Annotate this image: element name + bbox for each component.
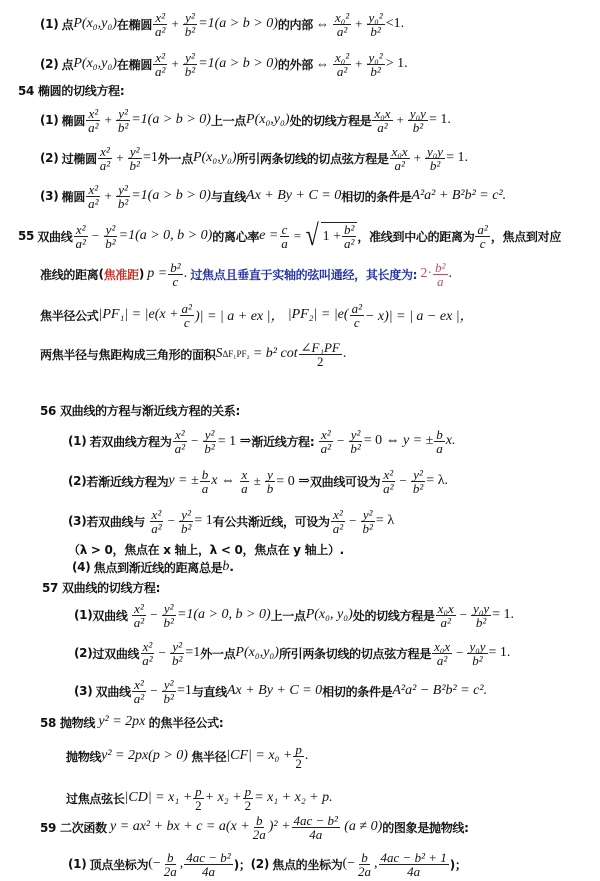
fraction: x₀²a² <box>333 51 351 78</box>
math-expression: )| = | a + ex |， <box>195 305 285 325</box>
math-expression: = 1 <box>194 513 212 529</box>
math-expression: x² <box>153 51 167 65</box>
math-expression: a² <box>173 442 187 455</box>
math-expression: = 1. <box>489 645 511 661</box>
section-54-title: 54 椭圆的切线方程: <box>18 80 124 100</box>
math-expression: y² <box>162 602 176 616</box>
math-expression: + x₂ + <box>205 790 242 806</box>
text-label: 所引两条切线的切点弦方程是 <box>279 645 431 662</box>
math-expression: . <box>184 266 188 282</box>
fraction: y₀²b² <box>367 51 385 78</box>
section-58-title: 58 抛物线 y² = 2px 的焦半径公式: <box>40 708 223 736</box>
math-expression: S <box>216 346 223 362</box>
text-label: 双曲线 <box>37 228 72 245</box>
math-expression: =1(a > 0, b > 0) <box>177 607 271 623</box>
fraction: x²a² <box>149 508 163 535</box>
math-expression: P(x₀,y₀) <box>73 16 117 32</box>
math-expression: b <box>165 851 176 865</box>
math-expression: x² <box>319 428 333 442</box>
math-expression: − <box>456 645 463 661</box>
fraction: y²b² <box>411 468 425 495</box>
math-expression: 2a <box>356 865 373 878</box>
math-expression: y₀y <box>467 640 487 654</box>
fraction: x²a² <box>381 468 395 495</box>
text-label: 椭圆 <box>62 188 85 205</box>
text-label: (2) <box>40 57 58 71</box>
fraction: x²a² <box>173 428 187 455</box>
math-expression: y² <box>349 428 363 442</box>
quadratic-function-line: 59 二次函数 y = ax² + bx + c = a(x + b2a )² … <box>40 806 469 848</box>
math-expression: b² <box>348 442 362 455</box>
math-expression: a² <box>350 302 364 316</box>
math-expression: b² <box>342 223 356 237</box>
math-expression: 2a <box>162 865 179 878</box>
math-expression: c <box>171 275 181 288</box>
math-expression: a² <box>335 65 349 78</box>
math-expression: (− <box>148 856 161 872</box>
text-label: )； <box>450 856 467 873</box>
math-expression: x₀x <box>436 602 456 616</box>
fraction: x₀xa² <box>390 145 410 172</box>
math-expression: b² <box>368 25 382 38</box>
text-label: 过焦点且垂直于实轴的弦叫通经，其长度为: <box>190 266 417 283</box>
math-expression: b² <box>183 25 197 38</box>
math-expression: a² <box>132 616 146 629</box>
math-expression: = <box>294 228 301 244</box>
fraction: x₀xa² <box>432 640 452 667</box>
hyperbola-eccentricity: 55 双曲线 x²a² − y²b² =1(a > 0, b > 0) 的离心率… <box>18 216 561 256</box>
math-expression: |PF₁| = |e(x + <box>99 307 179 323</box>
fraction: y²b² <box>348 428 362 455</box>
math-expression: − <box>150 683 157 699</box>
math-expression: 2 <box>315 355 326 368</box>
fraction: ∠F₁PF2 <box>299 341 342 368</box>
ellipse-tangent-item-1: (1) 椭圆 x²a² + y²b² =1(a > b > 0) 上一点 P(x… <box>40 102 451 138</box>
text-label: 椭圆 <box>62 112 85 129</box>
math-expression: =1(a > 0, b > 0) <box>119 228 213 244</box>
math-expression: x² <box>132 678 146 692</box>
math-expression: = 0 ⇔ <box>364 433 400 449</box>
fraction: yb <box>265 468 276 495</box>
math-expression: y² <box>203 428 217 442</box>
math-expression: b <box>265 482 276 495</box>
fraction: a²c <box>475 223 489 250</box>
math-expression: y² <box>179 508 193 522</box>
fraction: x²a² <box>132 678 146 705</box>
text-label: (3) <box>74 684 92 698</box>
math-expression: b² <box>183 65 197 78</box>
fraction: x₀xa² <box>372 107 392 134</box>
math-expression: y² <box>183 11 197 25</box>
text-label: 焦半径公式 <box>40 307 99 324</box>
math-expression: |PF₂| = |e( <box>288 307 349 323</box>
text-label: (2) <box>251 857 269 871</box>
math-expression: Ax + By + C = 0 <box>246 188 341 204</box>
text-label: 57 双曲线的切线方程: <box>42 579 160 596</box>
fraction: x²a² <box>86 183 100 210</box>
math-expression: =1(a > b > 0) <box>198 16 278 32</box>
math-expression: b² <box>411 482 425 495</box>
text-label: (2) <box>74 646 92 660</box>
text-label: 点 <box>62 56 74 73</box>
fraction: 4ac − b²4a <box>184 851 232 878</box>
math-expression: a <box>434 442 445 455</box>
math-expression: b² <box>116 197 130 210</box>
math-expression: x₀² <box>333 51 351 65</box>
math-expression: a² <box>439 616 453 629</box>
math-expression: + <box>171 16 178 32</box>
text-label: ，准线到中心的距离为 <box>357 228 474 245</box>
math-expression: =1(a > b > 0) <box>198 56 278 72</box>
fraction: b²a <box>433 261 447 288</box>
text-label: 与直线 <box>211 188 246 205</box>
text-label: 双曲线可设为 <box>310 473 380 490</box>
math-expression: = 0 ⇒ <box>276 473 310 490</box>
math-expression: c <box>280 223 290 237</box>
math-expression: a² <box>331 522 345 535</box>
asymptote-item-1: (1) 若双曲线方程为 x²a² − y²b² = 1 ⇒ 渐近线方程: x²a… <box>68 422 456 460</box>
math-expression: + <box>104 112 111 128</box>
math-expression: b² <box>433 261 447 275</box>
math-expression: x² <box>331 508 345 522</box>
text-label: 过焦点弦长 <box>66 790 125 807</box>
math-expression: 1 + <box>323 229 341 245</box>
text-label: 焦半径 <box>191 748 226 765</box>
math-expression: b² <box>128 159 142 172</box>
math-expression: b² <box>474 616 488 629</box>
math-expression: =1 <box>177 683 192 699</box>
math-expression: a² <box>98 159 112 172</box>
fraction: y²b² <box>128 145 142 172</box>
triangle-area-formula: 两焦半径与焦距构成三角形的面积 SΔF₁PF₂ = b² cot ∠F₁PF2 … <box>40 334 346 374</box>
text-label: 若双曲线与 <box>86 513 145 530</box>
math-expression: 2 <box>293 757 304 770</box>
math-expression: a² <box>140 654 154 667</box>
math-expression: p = <box>147 266 167 282</box>
text-label: 处的切线方程是 <box>290 112 372 129</box>
math-expression: y₀y <box>425 145 445 159</box>
math-expression: y² <box>116 107 130 121</box>
math-expression: y₀² <box>367 11 385 25</box>
fraction: x²a² <box>98 145 112 172</box>
fraction: y₀yb² <box>408 107 428 134</box>
math-expression: p <box>193 785 204 799</box>
math-expression: a² <box>153 65 167 78</box>
fraction: a²c <box>180 302 194 329</box>
math-expression: a² <box>392 159 406 172</box>
fraction: ba <box>200 468 211 495</box>
math-expression: (− <box>342 856 355 872</box>
math-expression: x² <box>153 11 167 25</box>
fraction: x²a² <box>140 640 154 667</box>
fraction: y²b² <box>162 678 176 705</box>
fraction: y₀²b² <box>367 11 385 38</box>
fraction: x²a² <box>73 223 87 250</box>
asymptote-item-2: (2) 若渐近线方程为 y = ± ba x ⇔ xa ± yb = 0 ⇒ 双… <box>68 462 448 500</box>
ellipse-tangent-item-3: (3) 椭圆 x²a² + y²b² =1(a > b > 0) 与直线 Ax … <box>40 178 506 214</box>
text-label: 顶点坐标为 <box>90 856 149 873</box>
text-label: (3) <box>40 189 58 203</box>
text-label: 过椭圆 <box>62 150 97 167</box>
math-expression: b <box>254 814 265 828</box>
ellipse-tangent-item-2: (2) 过椭圆 x²a² + y²b² =1 外一点 P(x₀,y₀) 所引两条… <box>40 140 468 176</box>
math-expression: =1 <box>185 645 200 661</box>
math-expression: + <box>414 150 421 166</box>
math-expression: a² <box>153 25 167 38</box>
math-expression: b² <box>368 65 382 78</box>
text-label: 双曲线 <box>92 607 127 624</box>
text-label: 59 二次函数 <box>40 819 107 836</box>
text-label: 双曲线 <box>96 683 131 700</box>
math-expression: 4a <box>200 865 217 878</box>
math-expression: . <box>449 266 453 282</box>
hyperbola-tangent-item-3: (3) 双曲线 x²a² − y²b² =1 与直线 Ax + By + C =… <box>74 672 487 710</box>
math-expression: x <box>240 468 250 482</box>
math-expression: b² <box>170 654 184 667</box>
fraction: y²b² <box>202 428 216 455</box>
math-expression: P(x₀,y₀) <box>246 112 290 128</box>
math-expression: 2· <box>420 266 432 282</box>
math-expression: b² <box>168 261 182 275</box>
text-label: 焦点的坐标为 <box>272 856 342 873</box>
math-expression: + <box>116 150 123 166</box>
fraction: x²a² <box>86 107 100 134</box>
math-expression: b² <box>162 692 176 705</box>
math-expression: + <box>355 56 362 72</box>
math-expression: p <box>243 785 254 799</box>
math-expression: ± <box>254 473 261 489</box>
math-expression: 4ac − b² + 1 <box>379 851 449 865</box>
fraction: x²a² <box>331 508 345 535</box>
math-expression: b² <box>116 121 130 134</box>
math-expression: P(x₀,y₀) <box>73 56 117 72</box>
fraction: y²b² <box>361 508 375 535</box>
math-expression: a <box>435 275 446 288</box>
math-expression: y = ax² + bx + c = a(x + <box>110 819 250 835</box>
text-label: 准线的距离 <box>40 266 99 283</box>
focal-parameter-line: 准线的距离 (焦准距) p = b²c . 过焦点且垂直于实轴的弦叫通经，其长度… <box>40 254 452 294</box>
fraction: ba <box>434 428 445 455</box>
math-expression: + <box>104 188 111 204</box>
math-expression: =1(a > b > 0) <box>131 112 211 128</box>
math-expression: y₀² <box>367 51 385 65</box>
math-expression: − x)| = | a − ex |， <box>365 305 474 325</box>
text-label: 点 <box>62 16 74 33</box>
focal-radius-formula: 焦半径公式 |PF₁| = |e(x + a²c )| = | a + ex |… <box>40 296 474 334</box>
fraction: x²a² <box>319 428 333 455</box>
math-expression: y² <box>361 508 375 522</box>
text-label: 焦点到渐近线的距离总是 <box>94 559 223 576</box>
math-expression: x₀² <box>333 11 351 25</box>
text-label: 的图象是抛物线: <box>382 819 468 836</box>
math-expression: y² <box>104 223 118 237</box>
text-label: (1) <box>74 608 92 622</box>
fraction: y²b² <box>170 640 184 667</box>
math-expression: = 1. <box>429 112 451 128</box>
text-label: 相切的条件是 <box>322 683 392 700</box>
asymptote-item-3: (3) 若双曲线与 x²a² − y²b² = 1 有公共渐近线，可设为 x²a… <box>68 502 394 540</box>
math-expression: = 1. <box>446 150 468 166</box>
math-expression: x ⇔ <box>211 473 235 489</box>
math-expression: 4ac − b² <box>184 851 232 865</box>
text-label: 渐近线方程: <box>251 433 314 450</box>
fraction: x²a² <box>132 602 146 629</box>
math-expression: a² <box>86 121 100 134</box>
math-expression: p <box>293 743 304 757</box>
fraction: p2 <box>293 743 304 770</box>
math-expression: y² <box>170 640 184 654</box>
fraction: b2a <box>162 851 179 878</box>
math-expression: b² <box>179 522 193 535</box>
math-expression: y = ± <box>403 433 433 449</box>
math-expression: c <box>478 237 488 250</box>
math-expression: b² <box>411 121 425 134</box>
fraction: 4ac − b² + 14a <box>379 851 449 878</box>
math-expression: P(x₀,y₀) <box>193 150 237 166</box>
math-expression: A²a² + B²b² = c². <box>411 188 506 204</box>
text-label: (1) <box>40 17 58 31</box>
text-label: 与直线 <box>192 683 227 700</box>
math-expression: x² <box>132 602 146 616</box>
fraction: y₀yb² <box>467 640 487 667</box>
text-label: 外一点 <box>200 645 235 662</box>
math-expression: > 1. <box>386 56 408 72</box>
math-expression: )² + <box>269 819 291 835</box>
math-expression: x² <box>86 183 100 197</box>
math-expression: a² <box>86 197 100 210</box>
hyperbola-tangent-item-1: (1) 双曲线 x²a² − y²b² =1(a > 0, b > 0) 上一点… <box>74 596 514 634</box>
math-expression: = b² cot <box>253 346 298 362</box>
math-expression: 4a <box>405 865 422 878</box>
math-expression: √ <box>306 221 319 251</box>
text-label: 外一点 <box>158 150 193 167</box>
math-expression: y² <box>128 145 142 159</box>
math-expression: (a ≠ 0) <box>344 819 382 835</box>
math-expression: y² = 2px <box>98 714 145 730</box>
math-expression: y² <box>116 183 130 197</box>
text-label: 的焦半径公式: <box>149 714 224 731</box>
fraction: xa <box>239 468 250 495</box>
math-expression: ∠F₁PF <box>299 341 342 355</box>
math-expression: A²a² − B²b² = c². <box>392 683 487 699</box>
fraction: ca <box>279 223 290 250</box>
fraction: y²b² <box>116 183 130 210</box>
math-expression: 4ac − b² <box>292 814 340 828</box>
math-expression: b <box>359 851 370 865</box>
fraction: y²b² <box>116 107 130 134</box>
asymptote-note: （λ > 0，焦点在 x 轴上，λ < 0，焦点在 y 轴上）. <box>68 540 344 558</box>
math-expression: y <box>265 468 275 482</box>
fraction: 4ac − b²4a <box>292 814 340 841</box>
text-label: (3) <box>68 514 86 528</box>
text-label: 的离心率 <box>212 228 259 245</box>
math-expression: ΔF₁PF₂ <box>223 349 250 359</box>
parabola-focal-radius: 抛物线 y² = 2px(p > 0) 焦半径 |CF| = x₀ + p2 . <box>66 736 308 776</box>
text-label: (2) <box>40 151 58 165</box>
math-expression: y² <box>411 468 425 482</box>
section-56-title: 56 双曲线的方程与渐近线方程的关系: <box>40 400 240 420</box>
math-expression: , <box>180 856 184 872</box>
math-expression: P(x₀,y₀) <box>235 645 279 661</box>
math-expression: b² <box>103 237 117 250</box>
fraction: y₀yb² <box>471 602 491 629</box>
math-expression: = 1 ⇒ <box>218 433 252 450</box>
math-expression: − <box>191 433 198 449</box>
text-label: 相切的条件是 <box>341 188 411 205</box>
math-expression: y² <box>162 678 176 692</box>
math-expression: c <box>352 316 362 329</box>
text-label: ) <box>139 267 144 281</box>
text-label: 在椭圆 <box>117 16 152 33</box>
fraction: y²b² <box>103 223 117 250</box>
fraction: b2a <box>356 851 373 878</box>
math-expression: <1. <box>386 16 404 32</box>
fraction: x²a² <box>153 11 167 38</box>
fraction: b²a² <box>342 223 356 250</box>
math-expression: x² <box>98 145 112 159</box>
math-expression: a² <box>375 121 389 134</box>
text-label: (1) <box>68 434 86 448</box>
math-expression: y₀y <box>408 107 428 121</box>
fraction: y₀yb² <box>425 145 445 172</box>
math-expression: − <box>92 228 99 244</box>
fraction: y²b² <box>162 602 176 629</box>
fraction: a²c <box>350 302 364 329</box>
text-label: 的内部 <box>278 16 313 33</box>
math-expression: + <box>171 56 178 72</box>
fraction: y²b² <box>183 11 197 38</box>
math-expression: b <box>434 428 445 442</box>
math-expression: x₀x <box>372 107 392 121</box>
math-expression: a² <box>132 692 146 705</box>
math-expression: b <box>222 559 229 575</box>
math-expression: = λ. <box>426 473 448 489</box>
text-label: 过双曲线 <box>92 645 139 662</box>
math-expression: + <box>397 112 404 128</box>
math-expression: = x₁ + x₂ + p. <box>254 790 333 806</box>
math-expression: a² <box>180 302 194 316</box>
vertex-focus-coordinates: (1) 顶点坐标为 (− b2a , 4ac − b²4a )； (2) 焦点的… <box>68 844 467 881</box>
math-expression: a² <box>435 654 449 667</box>
math-expression: b² <box>162 616 176 629</box>
asymptote-item-4: (4) 焦点到渐近线的距离总是 b . <box>72 558 234 576</box>
math-expression: b² <box>202 442 216 455</box>
math-expression: ⇔ <box>316 56 329 72</box>
fraction: b2a <box>251 814 268 841</box>
math-expression: |CF| = x₀ + <box>226 748 292 764</box>
text-label: (1) <box>40 113 58 127</box>
math-expression: a² <box>149 522 163 535</box>
text-label: ，焦点到对应 <box>491 228 561 245</box>
math-expression: x² <box>382 468 396 482</box>
fraction: x₀²a² <box>333 11 351 38</box>
math-expression: x₀x <box>432 640 452 654</box>
text-label: 55 <box>18 229 34 243</box>
hyperbola-tangent-item-2: (2) 过双曲线 x²a² − y²b² =1 外一点 P(x₀,y₀) 所引两… <box>74 634 510 672</box>
text-label: (4) <box>72 560 90 574</box>
text-label: 的外部 <box>278 56 313 73</box>
math-expression: y² = 2px(p > 0) <box>101 748 188 764</box>
math-expression: − <box>168 513 175 529</box>
text-label: 焦准距 <box>104 266 139 283</box>
text-label: (2) <box>68 474 86 488</box>
math-expression: c <box>182 316 192 329</box>
text-label: 抛物线 <box>66 748 101 765</box>
math-expression: . <box>305 748 309 764</box>
math-expression: y = ± <box>168 473 198 489</box>
math-expression: ⇔ <box>316 16 329 32</box>
math-expression: x. <box>446 433 456 449</box>
